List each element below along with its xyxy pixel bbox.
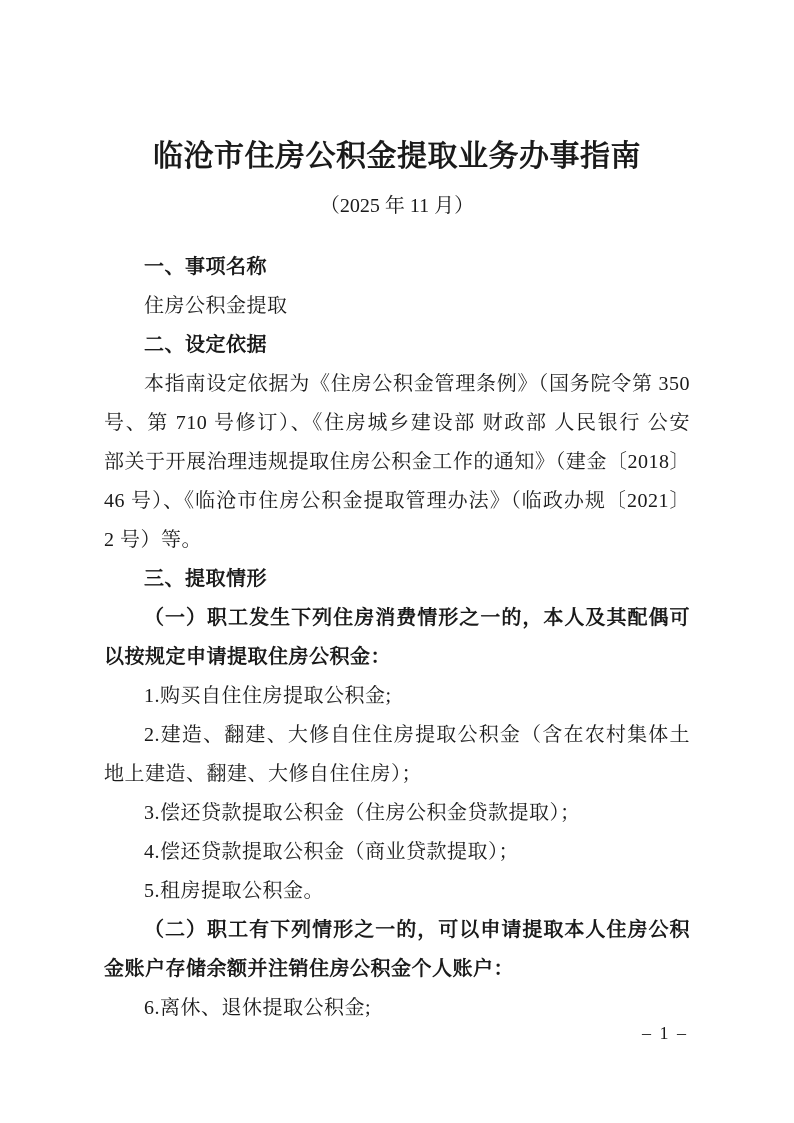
text-line: 46 号）、《临沧市住房公积金提取管理办法》（临政办规〔2021〕 [104, 482, 690, 521]
text-line: 住房公积金提取 [104, 287, 690, 326]
text-line: 4.偿还贷款提取公积金（商业贷款提取）； [104, 833, 690, 872]
text-line: 2 号）等。 [104, 521, 690, 560]
text-block: 6.离休、退休提取公积金; [104, 989, 690, 1028]
text-line: （二）职工有下列情形之一的，可以申请提取本人住房公积 [104, 911, 690, 950]
section: 二、设定依据 [104, 326, 690, 365]
text-line: 金账户存储余额并注销住房公积金个人账户： [104, 950, 690, 989]
text-line: 6.离休、退休提取公积金; [104, 989, 690, 1028]
text-line: 2.建造、翻建、大修自住住房提取公积金（含在农村集体土 [104, 716, 690, 755]
text-line: 5.租房提取公积金。 [104, 872, 690, 911]
text-line: 号、第 710 号修订）、《住房城乡建设部 财政部 人民银行 公安 [104, 404, 690, 443]
document-page: 临沧市住房公积金提取业务办事指南 （2025 年 11 月） 一、事项名称住房公… [0, 0, 794, 1123]
section: 一、事项名称 [104, 248, 690, 287]
document-title: 临沧市住房公积金提取业务办事指南 [104, 134, 690, 180]
text-block: 4.偿还贷款提取公积金（商业贷款提取）； [104, 833, 690, 872]
section-heading: 三、提取情形 [104, 560, 690, 599]
text-block: （一）职工发生下列住房消费情形之一的，本人及其配偶可以按规定申请提取住房公积金： [104, 599, 690, 677]
section-heading: 一、事项名称 [104, 248, 690, 287]
text-line: 部关于开展治理违规提取住房公积金工作的通知》（建金〔2018〕 [104, 443, 690, 482]
text-line: 以按规定申请提取住房公积金： [104, 638, 690, 677]
section-heading: 二、设定依据 [104, 326, 690, 365]
text-line: 3.偿还贷款提取公积金（住房公积金贷款提取）； [104, 794, 690, 833]
text-block: 3.偿还贷款提取公积金（住房公积金贷款提取）； [104, 794, 690, 833]
page-number: – 1 – [642, 1022, 688, 1044]
content-blocks: 一、事项名称住房公积金提取二、设定依据本指南设定依据为《住房公积金管理条例》（国… [104, 248, 690, 1028]
text-line: 1.购买自住住房提取公积金; [104, 677, 690, 716]
text-line: 地上建造、翻建、大修自住住房）； [104, 755, 690, 794]
document-subtitle: （2025 年 11 月） [104, 189, 690, 223]
text-block: 5.租房提取公积金。 [104, 872, 690, 911]
text-line: 本指南设定依据为《住房公积金管理条例》（国务院令第 350 [104, 365, 690, 404]
text-block: 2.建造、翻建、大修自住住房提取公积金（含在农村集体土地上建造、翻建、大修自住住… [104, 716, 690, 794]
text-block: （二）职工有下列情形之一的，可以申请提取本人住房公积金账户存储余额并注销住房公积… [104, 911, 690, 989]
section: 三、提取情形 [104, 560, 690, 599]
text-line: （一）职工发生下列住房消费情形之一的，本人及其配偶可 [104, 599, 690, 638]
text-block: 本指南设定依据为《住房公积金管理条例》（国务院令第 350号、第 710 号修订… [104, 365, 690, 560]
text-block: 住房公积金提取 [104, 287, 690, 326]
text-block: 1.购买自住住房提取公积金; [104, 677, 690, 716]
document-content: 临沧市住房公积金提取业务办事指南 （2025 年 11 月） 一、事项名称住房公… [104, 0, 690, 1028]
